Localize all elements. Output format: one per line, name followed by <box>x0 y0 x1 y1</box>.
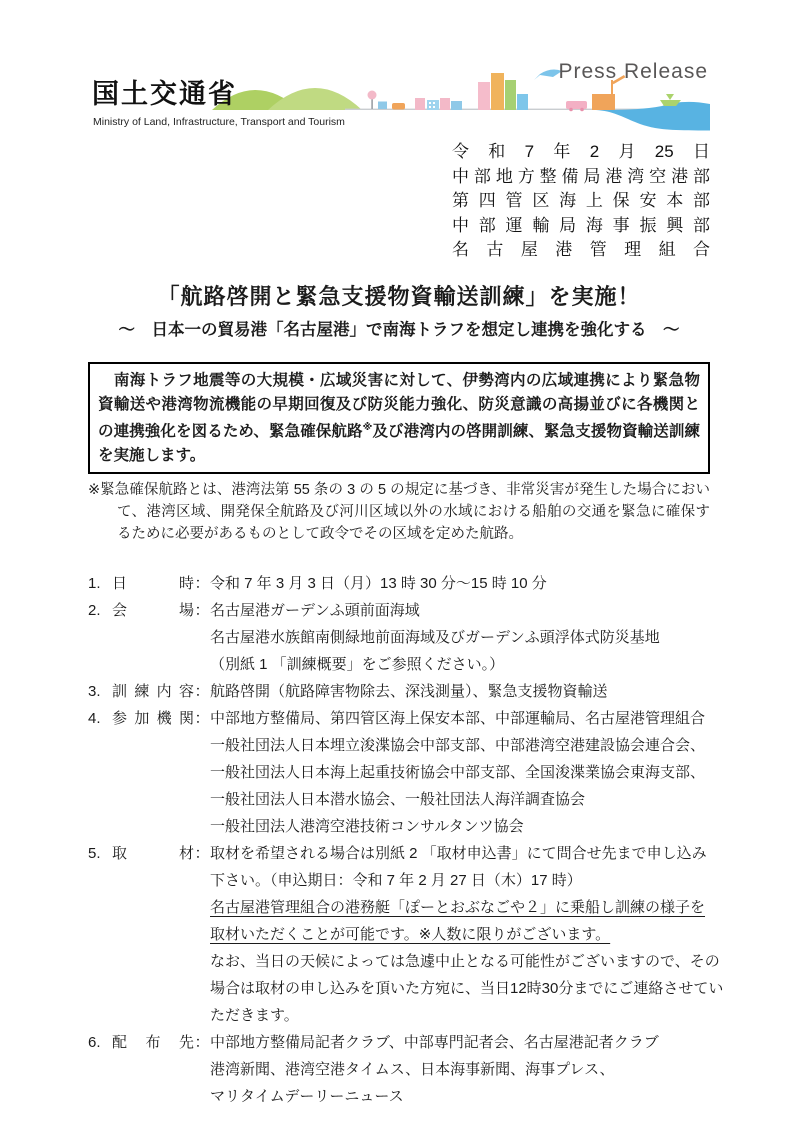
item-label: 配布先 <box>112 1029 194 1056</box>
car-icon <box>392 103 405 110</box>
item-line: 航路啓開（航路障害物除去、深浅測量）、緊急支援物資輸送 <box>210 683 608 700</box>
item-line-underlined: 名古屋港管理組合の港務艇「ぽーとおぶなごや２」に乗船し訓練の様子を <box>210 894 710 921</box>
item-label: 日時 <box>112 570 194 597</box>
org-line: 中部運輸局海事振興部 <box>452 214 710 239</box>
release-date: 令和7年2月25日 <box>452 140 710 165</box>
item-colon: ： <box>194 840 210 867</box>
item-number: 5. <box>88 840 112 867</box>
document-body: 「航路啓開と緊急支援物資輸送訓練」を実施！ ～ 日本一の貿易港「名古屋港」で南海… <box>88 280 710 1110</box>
item-colon: ： <box>194 678 210 705</box>
item-line: ただきます。 <box>210 1002 710 1029</box>
item-line: 場合は取材の申し込みを頂いた方宛に、当日12時30分までにご連絡させてい <box>210 975 710 1002</box>
item-colon: ： <box>194 1029 210 1056</box>
press-release-page: 国土交通省 Ministry of Land, Infrastructure, … <box>0 0 794 1123</box>
item-label: 訓練内容 <box>112 678 194 705</box>
item-line: 令和 7 年 3 月 3 日（月）13 時 30 分～15 時 10 分 <box>210 575 547 592</box>
item-press-coverage: 5. 取材 ： 取材を希望される場合は別紙 2 「取材申込書」にて問合せ先まで申… <box>88 840 710 1029</box>
item-label: 取材 <box>112 840 194 867</box>
org-line: 中部地方整備局港湾空港部 <box>452 165 710 190</box>
ministry-logo-english: Ministry of Land, Infrastructure, Transp… <box>93 116 345 128</box>
org-line: 名古屋港管理組合 <box>452 238 710 263</box>
reference-mark: ※ <box>363 422 373 433</box>
item-number: 1. <box>88 570 112 597</box>
page-subtitle: ～ 日本一の貿易港「名古屋港」で南海トラフを想定し連携を強化する ～ <box>88 316 710 340</box>
item-line: 下さい。（申込期日：令和 7 年 2 月 27 日（木）17 時） <box>210 867 710 894</box>
item-colon: ： <box>194 705 210 732</box>
item-line: マリタイムデーリーニュース <box>210 1083 710 1110</box>
item-line: 名古屋港水族館南側緑地前面海域及びガーデンふ頭浮体式防災基地 <box>210 624 710 651</box>
item-number: 6. <box>88 1029 112 1056</box>
item-datetime: 1. 日時 ： 令和 7 年 3 月 3 日（月）13 時 30 分～15 時 … <box>88 570 710 597</box>
item-colon: ： <box>194 597 210 624</box>
date-org-block: 令和7年2月25日 中部地方整備局港湾空港部 第四管区海上保安本部 中部運輸局海… <box>452 140 710 263</box>
item-line: 港湾新聞、港湾空港タイムス、日本海事新聞、海事プレス、 <box>210 1056 710 1083</box>
footnote: ※緊急確保航路とは、港湾法第 55 条の 3 の 5 の規定に基づき、非常災害が… <box>88 479 710 545</box>
item-label: 会場 <box>112 597 194 624</box>
numbered-items: 1. 日時 ： 令和 7 年 3 月 3 日（月）13 時 30 分～15 時 … <box>88 570 710 1110</box>
item-line: 一般社団法人港湾空港技術コンサルタンツ協会 <box>210 813 710 840</box>
ministry-logo: 国土交通省 <box>92 72 237 111</box>
item-venue: 2. 会場 ： 名古屋港ガーデンふ頭前面海域 名古屋港水族館南側緑地前面海域及び… <box>88 597 710 678</box>
item-line: なお、当日の天候によっては急遽中止となる可能性がございますので、その <box>210 948 710 975</box>
item-line: 名古屋港ガーデンふ頭前面海域 <box>210 597 710 624</box>
header: 国土交通省 Ministry of Land, Infrastructure, … <box>88 58 710 138</box>
item-line: 一般社団法人日本潜水協会、一般社団法人海洋調査協会 <box>210 786 710 813</box>
item-participants: 4. 参加機関 ： 中部地方整備局、第四管区海上保安本部、中部運輸局、名古屋港管… <box>88 705 710 840</box>
item-line: 中部地方整備局記者クラブ、中部専門記者会、名古屋港記者クラブ <box>210 1029 710 1056</box>
item-colon: ： <box>194 570 210 597</box>
page-title: 「航路啓開と緊急支援物資輸送訓練」を実施！ <box>88 280 710 311</box>
item-label: 参加機関 <box>112 705 194 732</box>
summary-box: 南海トラフ地震等の大規模・広域災害に対して、伊勢湾内の広域連携により緊急物資輸送… <box>88 362 710 474</box>
item-line: 一般社団法人日本海上起重技術協会中部支部、全国浚渫業協会東海支部、 <box>210 759 710 786</box>
item-line: （別紙 1 「訓練概要」をご参照ください。） <box>210 651 710 678</box>
item-line-underlined: 取材いただくことが可能です。※人数に限りがございます。 <box>210 921 710 948</box>
item-distribution: 6. 配布先 ： 中部地方整備局記者クラブ、中部専門記者会、名古屋港記者クラブ … <box>88 1029 710 1110</box>
item-training-content: 3. 訓練内容 ： 航路啓開（航路障害物除去、深浅測量）、緊急支援物資輸送 <box>88 678 710 705</box>
org-line: 第四管区海上保安本部 <box>452 189 710 214</box>
item-number: 2. <box>88 597 112 624</box>
item-line: 中部地方整備局、第四管区海上保安本部、中部運輸局、名古屋港管理組合 <box>210 705 710 732</box>
tree-icon <box>368 91 388 110</box>
item-number: 3. <box>88 678 112 705</box>
item-line: 一般社団法人日本埋立浚渫協会中部支部、中部港湾空港建設協会連合会、 <box>210 732 710 759</box>
press-release-label: Press Release <box>558 60 708 84</box>
item-line: 取材を希望される場合は別紙 2 「取材申込書」にて問合せ先まで申し込み <box>210 840 710 867</box>
buildings-icon <box>478 73 528 110</box>
item-number: 4. <box>88 705 112 732</box>
houses-icon <box>415 98 462 110</box>
